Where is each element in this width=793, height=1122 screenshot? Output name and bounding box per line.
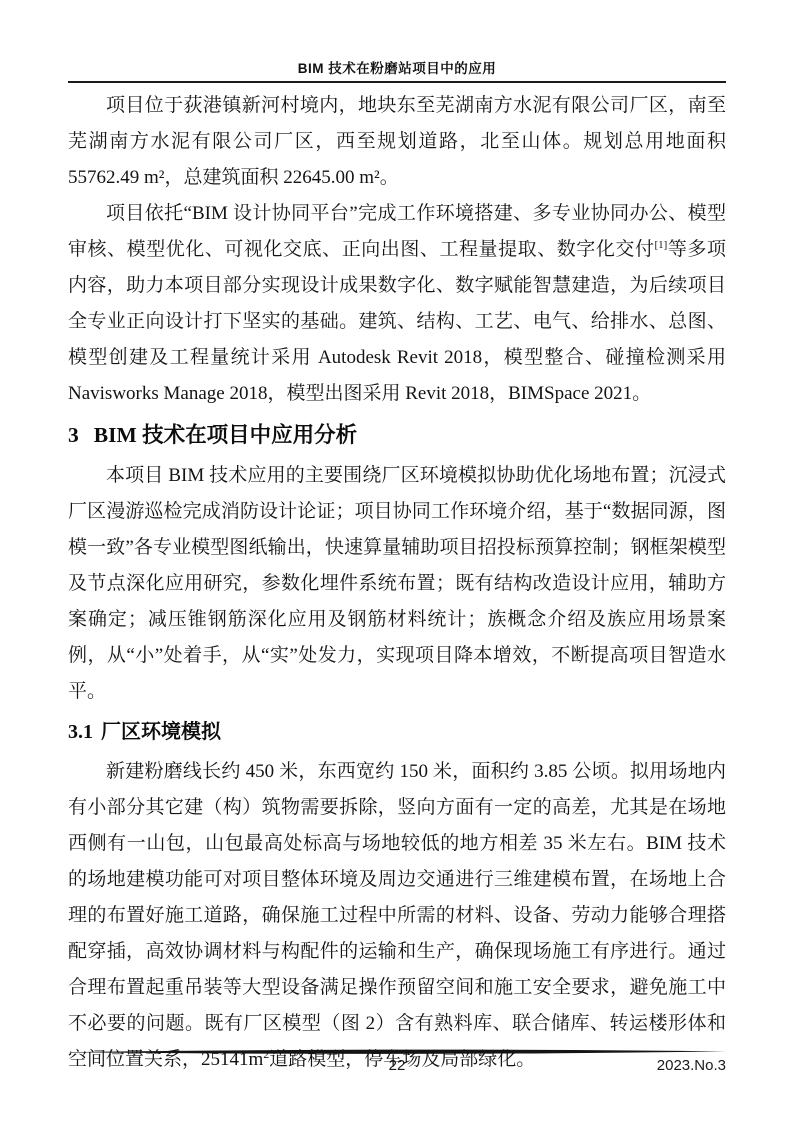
issue-label: 2023.No.3 [657, 1057, 726, 1074]
section-title: 厂区环境模拟 [101, 721, 221, 743]
document-body: 项目位于荻港镇新河村境内，地块东至芜湖南方水泥有限公司厂区，南至芜湖南方水泥有限… [68, 88, 726, 1078]
paragraph-bim-platform: 项目依托“BIM 设计协同平台”完成工作环境搭建、多专业协同办公、模型审核、模型… [68, 196, 726, 412]
footnote-reference-1: [1] [655, 239, 668, 251]
section-number: 3 [68, 423, 79, 447]
running-header-title: BIM 技术在粉磨站项目中的应用 [68, 57, 726, 77]
paragraph-text-segment: 新建粉磨线长约 450 米，东西宽约 150 米，面积约 3.85 公顷。拟用场… [68, 761, 726, 1070]
paragraph-site-simulation: 新建粉磨线长约 450 米，东西宽约 150 米，面积约 3.85 公顷。拟用场… [68, 754, 726, 1078]
page-number: 22 [68, 1057, 726, 1074]
paragraph-project-location: 项目位于荻港镇新河村境内，地块东至芜湖南方水泥有限公司厂区，南至芜湖南方水泥有限… [68, 88, 726, 196]
paragraph-text-segment: 项目依托“BIM 设计协同平台”完成工作环境搭建、多专业协同办公、模型审核、模型… [68, 203, 726, 260]
section-heading-3-1: 3.1厂区环境模拟 [68, 710, 726, 754]
header-rule [68, 81, 726, 83]
section-number: 3.1 [68, 721, 93, 743]
document-page: BIM 技术在粉磨站项目中的应用 项目位于荻港镇新河村境内，地块东至芜湖南方水泥… [0, 0, 793, 1122]
section-title: BIM 技术在项目中应用分析 [94, 423, 357, 447]
paragraph-text-segment: 等多项内容，助力本项目部分实现设计成果数字化、数字赋能智慧建造，为后续项目全专业… [68, 239, 726, 404]
footer-rule [68, 1048, 726, 1056]
paragraph-bim-application-overview: 本项目 BIM 技术应用的主要围绕厂区环境模拟协助优化场地布置；沉浸式厂区漫游巡… [68, 458, 726, 710]
section-heading-3: 3BIM 技术在项目中应用分析 [68, 412, 726, 458]
page-footer: 22 2023.No.3 [68, 1057, 726, 1077]
